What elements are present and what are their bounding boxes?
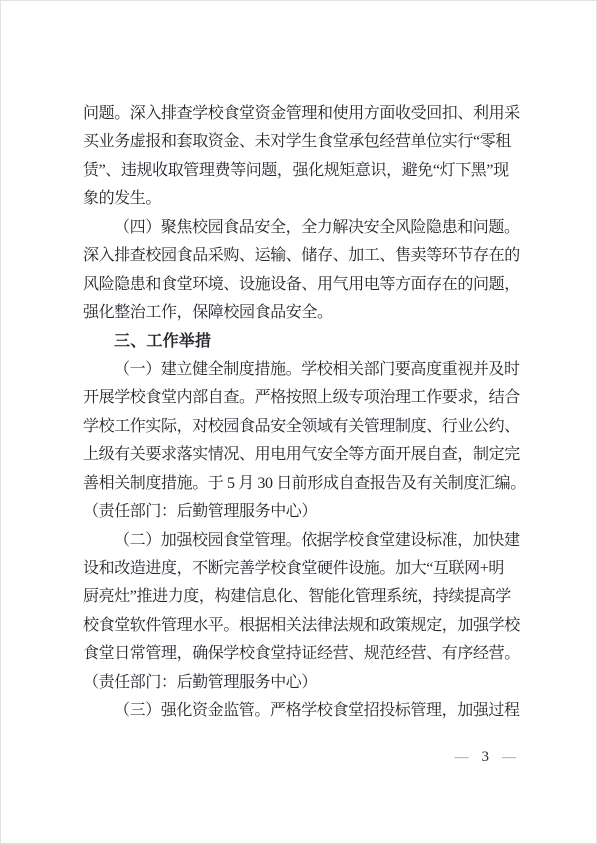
text-line: 设和改造进度，不断完善学校食堂硬件设施。加大“互联网+明: [83, 555, 521, 583]
text-line: 深入排查校园食品采购、运输、储存、加工、售卖等环节存在的: [83, 242, 521, 270]
text-line: （四）聚焦校园食品安全，全力解决安全风险隐患和问题。: [83, 214, 521, 242]
section-heading-line: 三、工作举措: [83, 328, 521, 356]
document-body: 问题。深入排查学校食堂资金管理和使用方面收受回扣、利用采买业务虚报和套取资金、未…: [83, 100, 521, 726]
text-line: 校食堂软件管理水平。根据相关法律法规和政策规定，加强学校: [83, 612, 521, 640]
page-footer: — 3 —: [455, 749, 517, 766]
text-line: （责任部门：后勤管理服务中心）: [83, 669, 521, 697]
page-number: 3: [482, 749, 490, 766]
text-line: 学校工作实际，对校园食品安全领域有关管理制度、行业公约、: [83, 413, 521, 441]
text-line: 买业务虚报和套取资金、未对学生食堂承包经营单位实行“零租: [83, 128, 521, 156]
text-line: 问题。深入排查学校食堂资金管理和使用方面收受回扣、利用采: [83, 100, 521, 128]
text-line: （一）建立健全制度措施。学校相关部门要高度重视并及时: [83, 356, 521, 384]
footer-dash-left: —: [455, 751, 469, 764]
text-line: 上级有关要求落实情况、用电用气安全等方面开展自查，制定完: [83, 441, 521, 469]
text-line: （三）强化资金监管。严格学校食堂招投标管理，加强过程: [83, 697, 521, 725]
text-line: 象的发生。: [83, 185, 521, 213]
text-line: 开展学校食堂内部自查。严格按照上级专项治理工作要求，结合: [83, 384, 521, 412]
footer-dash-right: —: [502, 751, 516, 764]
text-line: 风险隐患和食堂环境、设施设备、用气用电等方面存在的问题，: [83, 271, 521, 299]
text-line: 善相关制度措施。于 5 月 30 日前形成自查报告及有关制度汇编。: [83, 470, 521, 498]
text-line: 赁”、违规收取管理费等问题，强化规矩意识，避免“灯下黑”现: [83, 157, 521, 185]
document-page: 问题。深入排查学校食堂资金管理和使用方面收受回扣、利用采买业务虚报和套取资金、未…: [0, 0, 597, 845]
text-line: （责任部门：后勤管理服务中心）: [83, 498, 521, 526]
text-line: 厨亮灶”推进力度，构建信息化、智能化管理系统，持续提高学: [83, 583, 521, 611]
text-line: 食堂日常管理，确保学校食堂持证经营、规范经营、有序经营。: [83, 640, 521, 668]
text-line: （二）加强校园食堂管理。依据学校食堂建设标准，加快建: [83, 527, 521, 555]
text-line: 强化整治工作，保障校园食品安全。: [83, 299, 521, 327]
